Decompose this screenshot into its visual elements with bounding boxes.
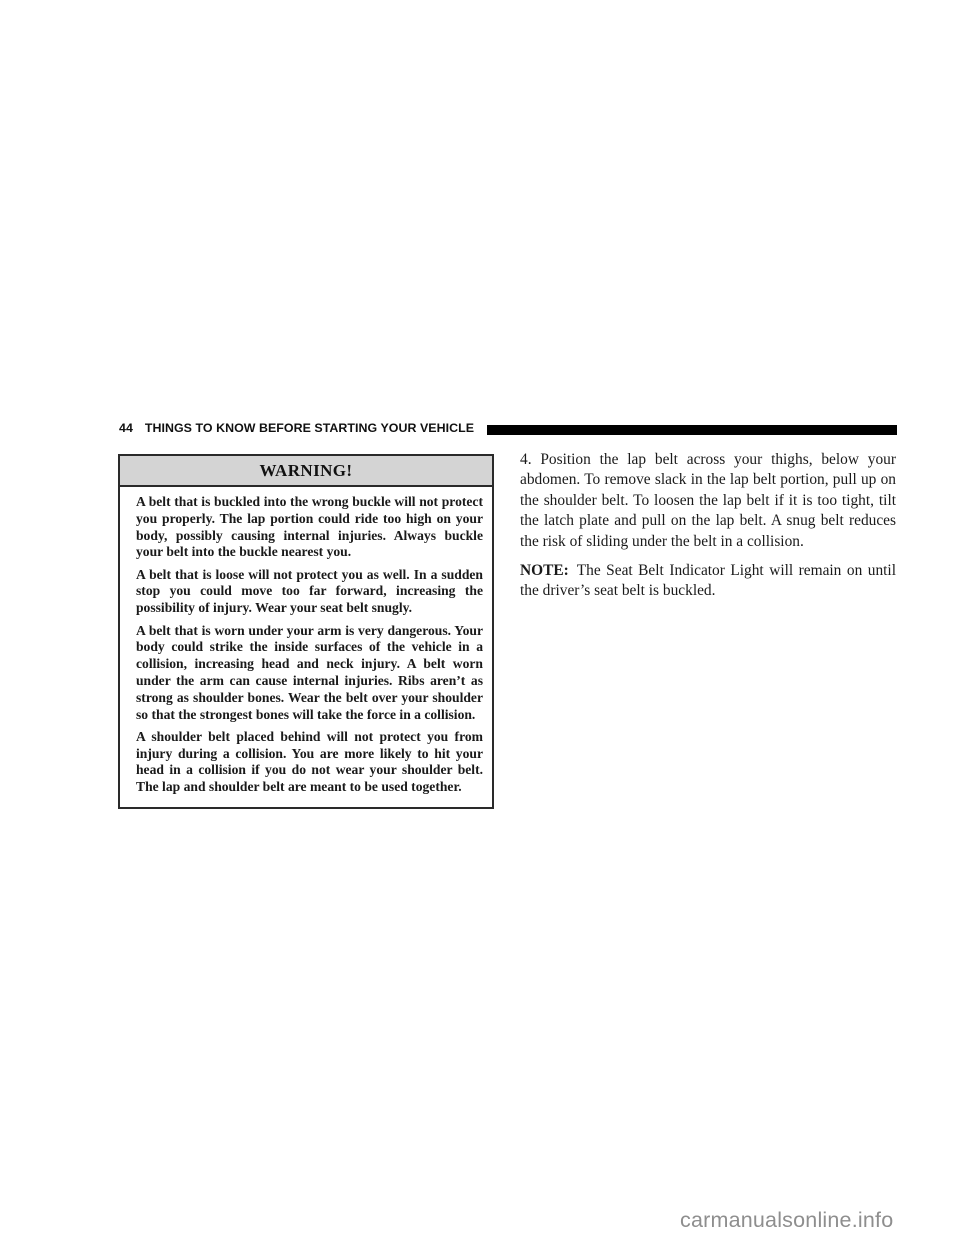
note-label: NOTE: [520,562,569,579]
warning-paragraph-loose-belt: A belt that is loose will not protect yo… [136,567,483,617]
warning-paragraph-wrong-buckle: A belt that is buckled into the wrong bu… [136,494,483,561]
warning-body: A belt that is buckled into the wrong bu… [120,487,492,796]
warning-paragraph-behind-shoulder: A shoulder belt placed behind will not p… [136,729,483,796]
header-rule-bar [487,425,897,435]
body-column: 4. Position the lap belt across your thi… [520,450,896,611]
warning-title: WARNING! [120,456,492,487]
note-text: The Seat Belt Indicator Light will remai… [520,562,896,599]
warning-paragraph-under-arm: A belt that is worn under your arm is ve… [136,623,483,724]
page-header: 44 THINGS TO KNOW BEFORE STARTING YOUR V… [119,417,899,439]
page-number: 44 [119,421,133,435]
step-4-paragraph: 4. Position the lap belt across your thi… [520,450,896,552]
section-title: THINGS TO KNOW BEFORE STARTING YOUR VEHI… [145,421,474,435]
watermark: carmanualsonline.info [680,1208,893,1233]
warning-box: WARNING! A belt that is buckled into the… [118,454,494,809]
note-paragraph: NOTE:The Seat Belt Indicator Light will … [520,561,896,602]
